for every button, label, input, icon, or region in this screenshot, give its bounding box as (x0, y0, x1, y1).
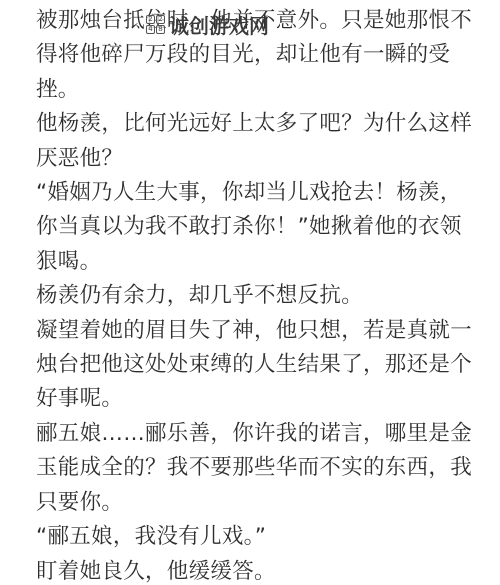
paragraph-5: 凝望着她的眉目失了神，他只想，若是真就一烛台把他这处处束缚的人生结果了，那还是个… (36, 314, 476, 417)
logo-digit: 2 (156, 15, 165, 24)
logo-digit: 4 (146, 25, 155, 34)
paragraph-8: 盯着她良久，他缓缓答。 (36, 555, 476, 585)
article-body: 被那烛台抵住时，他并不意外。只是她那恨不得将他碎尸万段的目光，却让他有一瞬的受挫… (36, 4, 476, 585)
watermark-logo-icon: 2 2 4 8 (146, 15, 165, 34)
paragraph-7: “郦五娘，我没有儿戏。” (36, 520, 476, 554)
watermark-text: 诚创游戏网 (169, 10, 269, 39)
paragraph-3: “婚姻乃人生大事，你却当儿戏抢去！杨羡，你当真以为我不敢打杀你！”她揪着他的衣领… (36, 176, 476, 279)
paragraph-2: 他杨羡，比何光远好上太多了吧？为什么这样厌恶他？ (36, 107, 476, 176)
logo-digit: 2 (146, 15, 155, 24)
paragraph-6: 郦五娘……郦乐善，你许我的诺言，哪里是金玉能成全的？我不要那些华而不实的东西，我… (36, 417, 476, 520)
paragraph-4: 杨羡仍有余力，却几乎不想反抗。 (36, 279, 476, 313)
watermark: 2 2 4 8 诚创游戏网 (146, 10, 269, 39)
logo-digit: 8 (156, 25, 165, 34)
